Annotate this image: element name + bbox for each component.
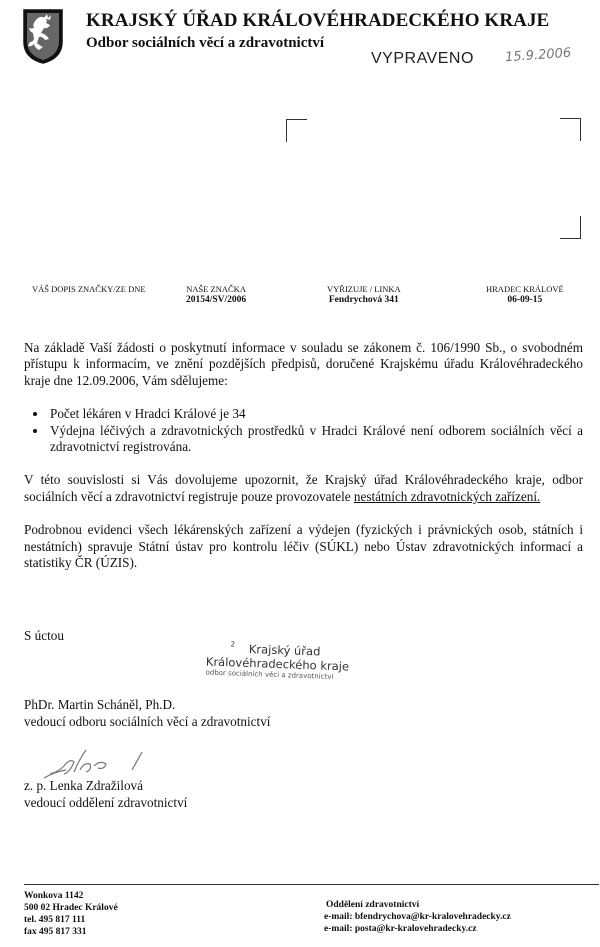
meta-value: 20154/SV/2006: [186, 295, 246, 306]
meta-your-letter: VÁŠ DOPIS ZNAČKY/ZE DNE: [32, 284, 146, 295]
address-fax: fax 495 817 331: [24, 926, 118, 938]
list-item: Výdejna léčivých a zdravotnických prostř…: [48, 423, 583, 456]
findings-list: Počet lékáren v Hradci Králové je 34 Výd…: [24, 406, 583, 455]
signer2-role: vedoucí oddělení zdravotnictví: [24, 795, 187, 811]
greeting: S úctou: [24, 628, 64, 644]
paragraph-registry: Podrobnou evidenci všech lékárenských za…: [24, 522, 583, 571]
footer-divider: [24, 884, 599, 885]
contact-email-2[interactable]: e-mail: posta@kr-kralovehradecky.cz: [324, 923, 511, 935]
stamp-number: 2: [230, 640, 235, 648]
dispatch-stamp: VYPRAVENO: [371, 50, 474, 68]
footer-contact: Oddělení zdravotnictví e-mail: bfendrych…: [324, 899, 511, 935]
address-city: 500 02 Hradec Králové: [24, 902, 118, 914]
signer1-role: vedoucí odboru sociálních věcí a zdravot…: [24, 714, 270, 730]
address-corner-bottom-right: [560, 216, 581, 239]
address-street: Wonkova 1142: [24, 890, 118, 902]
lion-crest-icon: [22, 8, 64, 64]
signer1-name: PhDr. Martin Schánĕl, Ph.D.: [24, 697, 175, 713]
address-corner-top-left: [286, 119, 307, 142]
meta-value: 06-09-15: [486, 295, 564, 306]
letter-body: Na základě Vaší žádosti o poskytnutí inf…: [24, 340, 583, 571]
meta-handled-by: VYŘIZUJE / LINKA Fendrychová 341: [327, 284, 401, 306]
meta-label: VÁŠ DOPIS ZNAČKY/ZE DNE: [32, 284, 146, 295]
office-stamp: 2Krajský úřad Královéhradeckého kraje od…: [205, 640, 349, 682]
department-subtitle: Odbor sociálních věcí a zdravotnictví: [86, 35, 324, 52]
footer-address: Wonkova 1142 500 02 Hradec Králové tel. …: [24, 890, 118, 938]
authority-title: KRAJSKÝ ÚŘAD KRÁLOVÉHRADECKÉHO KRAJE: [86, 10, 549, 32]
signer2-name: z. p. Lenka Zdražilová: [24, 778, 143, 794]
dispatch-stamp-date: 15.9.2006: [505, 46, 572, 66]
contact-email-1[interactable]: e-mail: bfendrychova@kr-kralovehradecky.…: [324, 911, 511, 923]
address-phone: tel. 495 817 111: [24, 914, 118, 926]
address-corner-top-right: [560, 118, 581, 141]
list-item: Počet lékáren v Hradci Králové je 34: [48, 406, 583, 422]
meta-our-ref: NAŠE ZNAČKA 20154/SV/2006: [186, 284, 246, 306]
meta-value: Fendrychová 341: [327, 295, 401, 306]
meta-label: VYŘIZUJE / LINKA: [327, 284, 401, 295]
paragraph-notice: V této souvislosti si Vás dovolujeme upo…: [24, 472, 583, 505]
paragraph-intro: Na základě Vaší žádosti o poskytnutí inf…: [24, 340, 583, 389]
meta-place-date: HRADEC KRÁLOVÉ 06-09-15: [486, 284, 564, 306]
meta-label: HRADEC KRÁLOVÉ: [486, 284, 564, 295]
contact-department: Oddělení zdravotnictví: [324, 899, 511, 911]
notice-underlined: nestátních zdravotnických zařízení.: [354, 489, 540, 504]
meta-label: NAŠE ZNAČKA: [186, 284, 246, 295]
